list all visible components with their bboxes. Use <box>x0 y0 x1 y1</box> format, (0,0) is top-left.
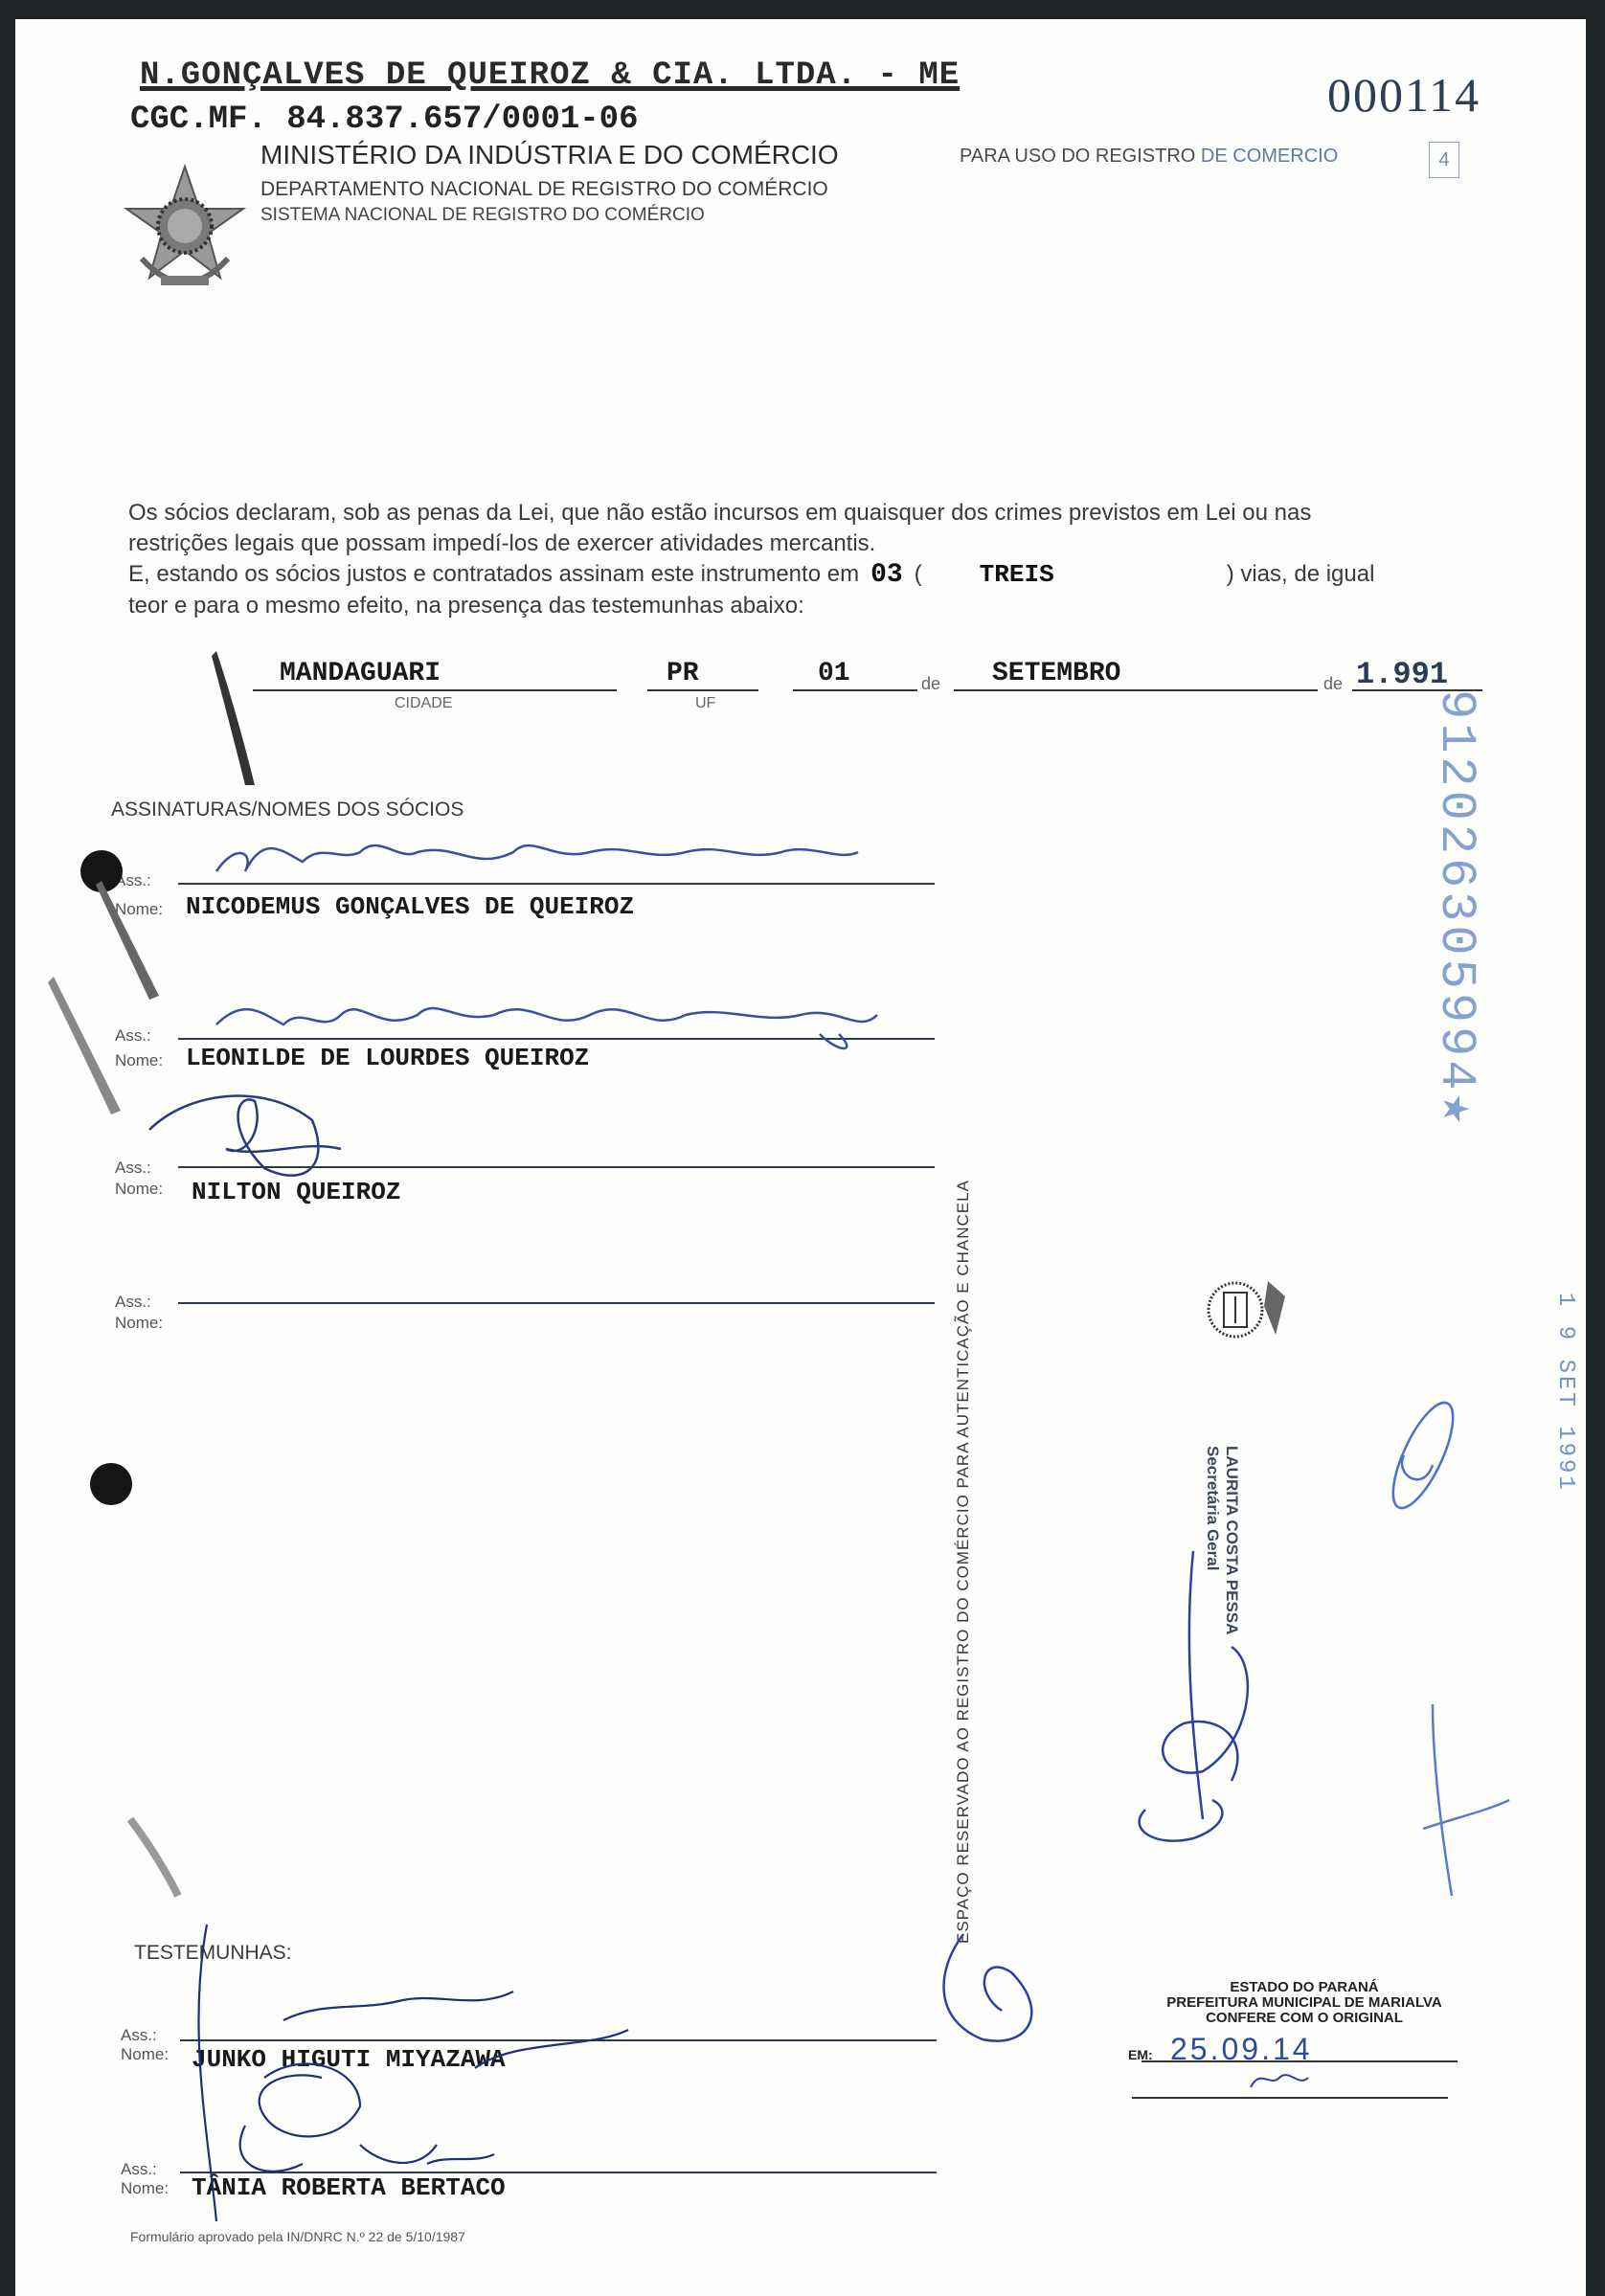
day-line <box>793 689 917 691</box>
certification-confere: CONFERE COM O ORIGINAL <box>1151 2011 1458 2026</box>
registry-signature-3 <box>1423 1704 1509 1896</box>
certification-state: ESTADO DO PARANÁ <box>1151 1980 1458 1995</box>
system-title: SISTEMA NACIONAL DE REGISTRO DO COMÉRCIO <box>260 205 705 226</box>
partner-3-signature-line <box>178 1166 935 1168</box>
copies-number: 03 <box>870 560 903 590</box>
declaration-line-3-prefix: E, estando os sócios justos e contratado… <box>128 561 859 587</box>
registry-box: 4 <box>1429 142 1459 178</box>
partner-3-ass-label: Ass.: <box>115 1159 151 1178</box>
ministry-title: MINISTÉRIO DA INDÚSTRIA E DO COMÉRCIO <box>260 140 839 170</box>
certification-initials-line <box>1132 2097 1448 2099</box>
partner-2-signature-line <box>178 1038 935 1040</box>
registration-number-stamp: 912026305994★ <box>1428 689 1488 1128</box>
paren-open: ( <box>915 561 922 587</box>
cgc-number: CGC.MF. 84.837.657/0001-06 <box>130 101 639 138</box>
arrow-mark-icon <box>212 651 255 785</box>
secretary-stamp: LAURITA COSTA PESSA Secretária Geral <box>1203 1446 1241 1634</box>
partner-2-ass-label: Ass.: <box>115 1026 151 1046</box>
declaration-line-4: teor e para o mesmo efeito, na presença … <box>128 591 1488 621</box>
registry-use-label-a: PARA USO DO REGISTRO <box>960 146 1201 167</box>
city-value: MANDAGUARI <box>280 659 441 688</box>
witness-1-nome-label: Nome: <box>121 2045 169 2064</box>
uf-value: PR <box>667 659 699 688</box>
document-page: N.GONÇALVES DE QUEIROZ & CIA. LTDA. - ME… <box>15 19 1586 2296</box>
partner-4-signature-line <box>178 1302 935 1304</box>
punch-hole-bottom <box>90 1463 132 1505</box>
certification-date-line <box>1142 2060 1458 2062</box>
secretary-stamp-name: LAURITA COSTA PESSA <box>1222 1446 1241 1634</box>
signature-partner-3 <box>149 1096 341 1176</box>
form-approval-note: Formulário aprovado pela IN/DNRC N.º 22 … <box>130 2229 465 2244</box>
junta-comercial-seal-icon <box>1199 1268 1295 1354</box>
certification-municipality: PREFEITURA MUNICIPAL DE MARIALVA <box>1151 1995 1458 2011</box>
registry-use-label: PARA USO DO REGISTRO DE COMERCIO <box>960 146 1338 168</box>
month-value: SETEMBRO <box>992 659 1120 688</box>
registry-initials <box>1382 1395 1465 1516</box>
de-label-1: de <box>921 674 940 694</box>
partner-1-nome-label: Nome: <box>115 900 163 919</box>
registration-date-stamp: 1 9 SET 1991 <box>1552 1293 1578 1493</box>
brazil-coat-of-arms-icon <box>123 163 247 297</box>
declaration-line-1: Os sócios declaram, sob as penas da Lei,… <box>128 498 1488 529</box>
city-line <box>253 689 617 691</box>
company-name: N.GONÇALVES DE QUEIROZ & CIA. LTDA. - ME <box>140 57 960 94</box>
signature-witness-2 <box>360 2145 494 2164</box>
certification-initials-mark <box>1251 2075 1308 2087</box>
document-number: 000114 <box>1327 67 1481 123</box>
partner-2-nome-label: Nome: <box>115 1051 163 1070</box>
partners-heading: ASSINATURAS/NOMES DOS SÓCIOS <box>111 799 463 822</box>
secretary-stamp-title: Secretária Geral <box>1203 1446 1222 1634</box>
witness-1-name: JUNKO HIGUTI MIYAZAWA <box>192 2045 506 2074</box>
city-label: CIDADE <box>395 695 452 712</box>
witness-2-name: TÂNIA ROBERTA BERTACO <box>192 2173 506 2202</box>
witness-2-nome-label: Nome: <box>121 2179 169 2198</box>
partner-3-name: NILTON QUEIROZ <box>192 1178 400 1206</box>
partner-1-signature-line <box>178 883 935 885</box>
copies-word: TREIS <box>980 560 1054 589</box>
registry-use-label-b: DE COMERCIO <box>1201 146 1338 167</box>
witnesses-heading: TESTEMUNHAS: <box>134 1942 292 1965</box>
punch-hole-top <box>80 850 123 892</box>
partner-4-nome-label: Nome: <box>115 1314 163 1333</box>
uf-label: UF <box>695 695 715 712</box>
certification-stamp: ESTADO DO PARANÁ PREFEITURA MUNICIPAL DE… <box>1151 1980 1458 2026</box>
witness-1-signature-line <box>180 2039 937 2041</box>
declaration-line-3: E, estando os sócios justos e contratado… <box>128 559 1488 591</box>
partner-1-name: NICODEMUS GONÇALVES DE QUEIROZ <box>186 892 634 921</box>
uf-line <box>647 689 758 691</box>
year-value: 1.991 <box>1356 657 1448 692</box>
partner-4-ass-label: Ass.: <box>115 1293 151 1312</box>
partner-3-nome-label: Nome: <box>115 1180 163 1199</box>
month-line <box>954 689 1318 691</box>
witness-1-ass-label: Ass.: <box>121 2026 157 2045</box>
day-value: 01 <box>818 659 850 688</box>
signature-partner-2 <box>216 1008 877 1048</box>
registry-signature-1 <box>944 1934 1032 2041</box>
declaration-paragraph: Os sócios declaram, sob as penas da Lei,… <box>128 498 1488 621</box>
signature-partner-1 <box>216 845 858 871</box>
witness-2-ass-label: Ass.: <box>121 2160 157 2179</box>
de-label-2: de <box>1323 674 1343 694</box>
declaration-line-2: restrições legais que possam impedí-los … <box>128 529 1488 559</box>
registry-reserved-space-label: ESPAÇO RESERVADO AO REGISTRO DO COMÉRCIO… <box>954 1180 973 1944</box>
department-title: DEPARTAMENTO NACIONAL DE REGISTRO DO COM… <box>260 178 828 201</box>
declaration-line-3-suffix: ) vias, de igual <box>1227 561 1375 587</box>
partner-2-name: LEONILDE DE LOURDES QUEIROZ <box>186 1044 589 1072</box>
